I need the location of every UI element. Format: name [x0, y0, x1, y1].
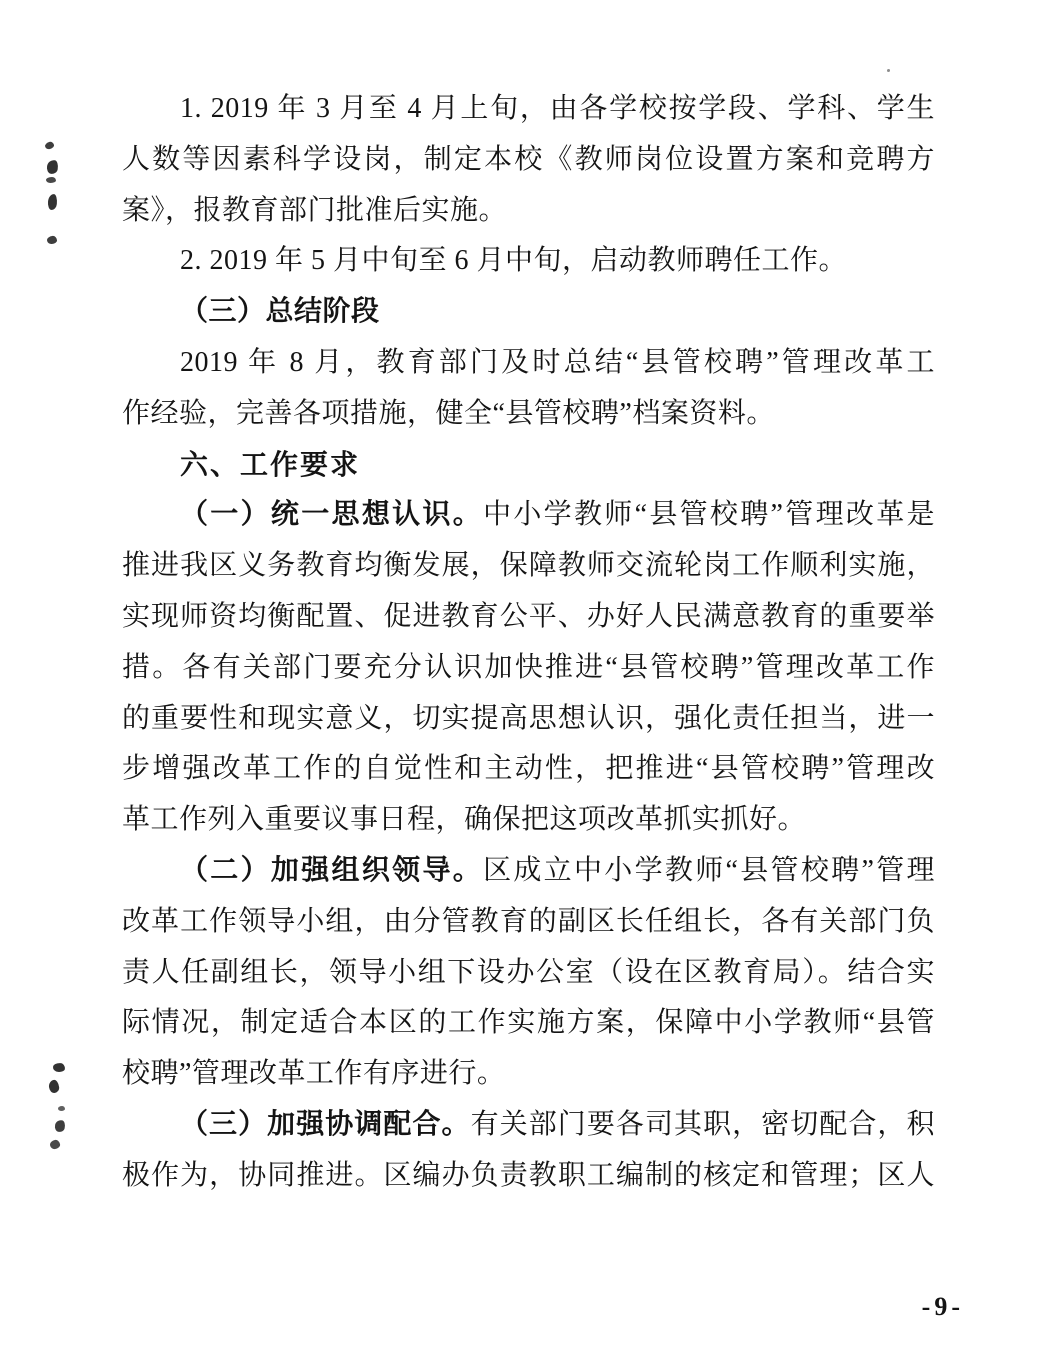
line-text: 中小学教师“县管校聘”管理改革是 [483, 499, 935, 530]
body-line: （二）加强组织领导。区成立中小学教师“县管校聘”管理 [122, 846, 935, 897]
line-text: 区成立中小学教师“县管校聘”管理 [483, 855, 935, 886]
line-text: 步增强改革工作的自觉性和主动性，把推进“县管校聘”管理改 [122, 753, 935, 784]
heading-summary-stage: （三）总结阶段 [122, 287, 935, 338]
body-line: 实现师资均衡配置、促进教育公平、办好人民满意教育的重要举 [122, 592, 935, 643]
line-text: 极作为，协同推进。区编办负责教职工编制的核定和管理；区人 [122, 1160, 935, 1191]
line-text: 有关部门要各司其职，密切配合，积 [471, 1109, 935, 1140]
body-line: 校聘”管理改革工作有序进行。 [122, 1049, 935, 1100]
scan-artifact [46, 159, 59, 175]
scan-artifact [53, 1062, 66, 1072]
scan-artifact [58, 1106, 65, 1111]
body-line: 步增强改革工作的自觉性和主动性，把推进“县管校聘”管理改 [122, 744, 935, 795]
text-column: 1. 2019 年 3 月至 4 月上旬，由各学校按学段、学科、学生 人数等因素… [122, 84, 935, 1202]
scan-artifact [47, 194, 57, 211]
line-text: 案》，报教育部门批准后实施。 [122, 195, 507, 226]
body-line: 措。各有关部门要充分认识加快推进“县管校聘”管理改革工作 [122, 643, 935, 694]
body-line: 改革工作领导小组，由分管教育的副区长任组长，各有关部门负 [122, 897, 935, 948]
line-text: 的重要性和现实意义，切实提高思想认识，强化责任担当，进一 [122, 703, 935, 734]
scan-artifact [887, 69, 890, 72]
heading-text: （三）总结阶段 [180, 296, 380, 327]
body-line: 2. 2019 年 5 月中旬至 6 月中旬，启动教师聘任工作。 [122, 236, 935, 287]
scan-artifact [47, 236, 58, 245]
body-line: 人数等因素科学设岗，制定本校《教师岗位设置方案和竞聘方 [122, 135, 935, 186]
body-line: 际情况，制定适合本区的工作实施方案，保障中小学教师“县管 [122, 998, 935, 1049]
body-line: 案》，报教育部门批准后实施。 [122, 186, 935, 237]
heading-text: 六、工作要求 [180, 449, 360, 480]
scan-artifact [54, 1119, 66, 1133]
line-text: 校聘”管理改革工作有序进行。 [122, 1058, 505, 1089]
body-line: （一）统一思想认识。中小学教师“县管校聘”管理改革是 [122, 490, 935, 541]
body-line: （三）加强协调配合。有关部门要各司其职，密切配合，积 [122, 1100, 935, 1151]
body-line: 极作为，协同推进。区编办负责教职工编制的核定和管理；区人 [122, 1151, 935, 1202]
line-text: 推进我区义务教育均衡发展，保障教师交流轮岗工作顺利实施， [122, 550, 935, 581]
line-text: 作经验，完善各项措施，健全“县管校聘”档案资料。 [122, 398, 775, 429]
paragraph-lead-strengthen-coordination: （三）加强协调配合。 [180, 1109, 471, 1140]
body-line: 1. 2019 年 3 月至 4 月上旬，由各学校按学段、学科、学生 [122, 84, 935, 135]
body-line: 的重要性和现实意义，切实提高思想认识，强化责任担当，进一 [122, 694, 935, 745]
line-text: 责人任副组长，领导小组下设办公室（设在区教育局）。结合实 [122, 957, 935, 988]
scan-artifact [48, 1079, 60, 1093]
line-text: 革工作列入重要议事日程，确保把这项改革抓实抓好。 [122, 804, 806, 835]
body-line: 责人任副组长，领导小组下设办公室（设在区教育局）。结合实 [122, 948, 935, 999]
line-text: 2019 年 8 月，教育部门及时总结“县管校聘”管理改革工 [180, 347, 935, 378]
line-text: 1. 2019 年 3 月至 4 月上旬，由各学校按学段、学科、学生 [180, 93, 935, 124]
paragraph-lead-strengthen-leadership: （二）加强组织领导。 [180, 855, 483, 886]
line-text: 改革工作领导小组，由分管教育的副区长任组长，各有关部门负 [122, 906, 935, 937]
scan-artifact [49, 1139, 60, 1150]
body-line: 2019 年 8 月，教育部门及时总结“县管校聘”管理改革工 [122, 338, 935, 389]
body-line: 推进我区义务教育均衡发展，保障教师交流轮岗工作顺利实施， [122, 541, 935, 592]
line-text: 人数等因素科学设岗，制定本校《教师岗位设置方案和竞聘方 [122, 144, 935, 175]
paragraph-lead-unify-thinking: （一）统一思想认识。 [180, 499, 483, 530]
heading-work-requirements: 六、工作要求 [122, 440, 935, 491]
line-text: 措。各有关部门要充分认识加快推进“县管校聘”管理改革工作 [122, 652, 935, 683]
body-line: 作经验，完善各项措施，健全“县管校聘”档案资料。 [122, 389, 935, 440]
page-number: -9- [922, 1292, 964, 1322]
body-line: 革工作列入重要议事日程，确保把这项改革抓实抓好。 [122, 795, 935, 846]
line-text: 实现师资均衡配置、促进教育公平、办好人民满意教育的重要举 [122, 601, 935, 632]
scan-artifact [44, 141, 55, 150]
line-text: 际情况，制定适合本区的工作实施方案，保障中小学教师“县管 [122, 1007, 935, 1038]
document-page: 1. 2019 年 3 月至 4 月上旬，由各学校按学段、学科、学生 人数等因素… [0, 0, 1050, 1359]
scan-artifact [46, 177, 56, 183]
line-text: 2. 2019 年 5 月中旬至 6 月中旬，启动教师聘任工作。 [180, 245, 847, 276]
